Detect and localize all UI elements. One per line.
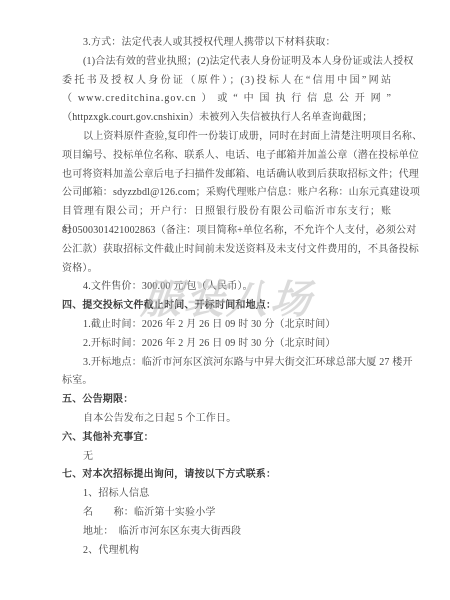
doc-line-materials-1: (1)合法有效的营业执照；(2)法定代表人身份证明及本人身份证或法人授权: [62, 53, 392, 72]
doc-line-account-number: 810500301421002863（备注：项目简称+单位名称，不允许个人支付，…: [62, 222, 392, 241]
doc-line-submission-deadline: 1.截止时间：2026 年 2 月 26 日 09 时 30 分（北京时间）: [62, 316, 392, 335]
doc-line-acquire-method: 3.方式：法定代表人或其授权代理人携带以下材料获取：: [62, 34, 392, 53]
section-heading-deadline: 四、提交投标文件截止时间、开标时间和地点：: [62, 297, 392, 316]
doc-line-none: 无: [62, 448, 392, 467]
doc-line-materials-2: 委托书及授权人身份证（原件）；(3)投标人在“信用中国”网站: [62, 72, 392, 91]
doc-line-qualification-end: 资格）。: [62, 260, 392, 279]
doc-line-bid-opening-time: 2.开标时间：2026 年 2 月 26 日 09 时 30 分（北京时间）: [62, 335, 392, 354]
doc-line-tenderer-info: 1、招标人信息: [62, 485, 392, 504]
doc-line-document-price: 4.文件售价：300.00 元/包（人民币）。: [62, 278, 392, 297]
doc-line-agency-section: 2、代理机构: [62, 542, 392, 561]
doc-line-bid-opening-place-1: 3.开标地点：临沂市河东区滨河东路与中昇大街交汇环球总部大厦 27 楼开: [62, 354, 392, 373]
section-heading-contact: 七、对本次招标提出询问，请按以下方式联系：: [62, 466, 392, 485]
doc-line-bank-info: 目管理有限公司；开户行：日照银行股份有限公司临沂市东支行；账号：: [62, 203, 392, 222]
doc-line-announcement-period: 自本公告发布之日起 5 个工作日。: [62, 410, 392, 429]
doc-line-bid-opening-place-2: 标室。: [62, 372, 392, 391]
doc-line-verification-3: 也可将资料加盖公章后电子扫描件发邮箱、电话确认收到后获取招标文件；代理: [62, 166, 392, 185]
doc-line-verification-2: 项目编号、投标单位名称、联系人、电话、电子邮箱并加盖公章（潜在投标单位: [62, 147, 392, 166]
section-heading-announcement: 五、公告期限：: [62, 391, 392, 410]
doc-line-credit-websites: （www.creditchina.gov.cn）或“中国执行信息公开网”: [62, 90, 392, 109]
doc-line-tenderer-address: 地址： 临沂市河东区东夷大街西段: [62, 523, 392, 542]
doc-line-payment-note: 公汇款）获取招标文件截止时间前未发送资料及未支付文件费用的，不具备投标: [62, 241, 392, 260]
doc-line-verification-1: 以上资料原件查验,复印件一份装订成册，同时在封面上清楚注明项目名称、: [62, 128, 392, 147]
doc-line-dishonest-list: （httpzxgk.court.gov.cnshixin）未被列入失信被执行人名…: [62, 109, 392, 128]
doc-line-tenderer-name: 名 称：临沂第十实验小学: [62, 504, 392, 523]
document-page: 3.方式：法定代表人或其授权代理人携带以下材料获取： (1)合法有效的营业执照；…: [0, 0, 450, 600]
section-heading-supplementary: 六、其他补充事宜：: [62, 429, 392, 448]
doc-line-agency-email: 公司邮箱：sdyzzbdl@126.com；采购代理账户信息：账户名称：山东元真…: [62, 184, 392, 203]
